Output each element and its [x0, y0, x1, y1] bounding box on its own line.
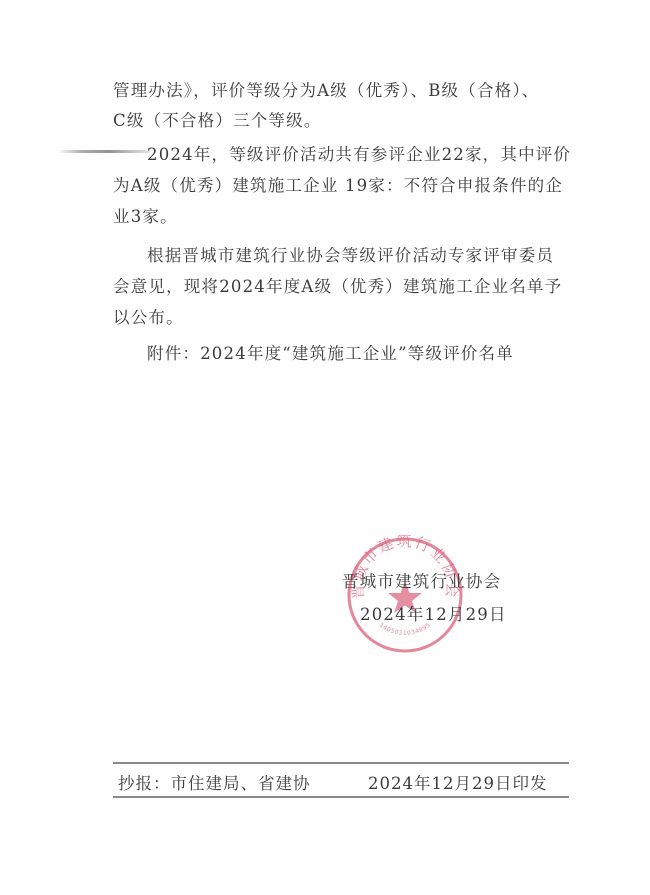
footer-top-rule — [113, 762, 569, 764]
paragraph-3-line-2: 会意见，现将2024年度A级（优秀）建筑施工企业名单予 — [113, 273, 562, 297]
paragraph-2-line-1: 2024年，等级评价活动共有参评企业22家，其中评价 — [147, 141, 571, 165]
signature-date: 2024年12月29日 — [360, 601, 507, 625]
paragraph-1-line-1: 管理办法》，评价等级分为A级（优秀）、B级（合格）、 — [113, 77, 540, 101]
footer-cc: 抄报：市住建局、省建协 — [118, 770, 311, 794]
paragraph-1-line-2: C级（不合格）三个等级。 — [113, 107, 322, 131]
paragraph-2-line-2: 为A级（优秀）建筑施工企业 19家：不符合申报条件的企 — [113, 172, 563, 196]
paragraph-3-line-3: 以公布。 — [113, 304, 184, 328]
signature-organization: 晋城市建筑行业协会 — [342, 568, 501, 592]
paragraph-2-line-3: 业3家。 — [113, 203, 178, 227]
footer-bottom-rule — [113, 796, 569, 798]
attachment-line: 附件：2024年度“建筑施工企业”等级评价名单 — [147, 340, 514, 364]
footer-issue-date: 2024年12月29日印发 — [368, 770, 547, 794]
paragraph-3-line-1: 根据晋城市建筑行业协会等级评价活动专家评审委员 — [147, 242, 554, 266]
official-seal-icon: 晋城市建筑行业协会 1405021034895 — [345, 535, 465, 655]
scan-smudge — [58, 150, 150, 153]
